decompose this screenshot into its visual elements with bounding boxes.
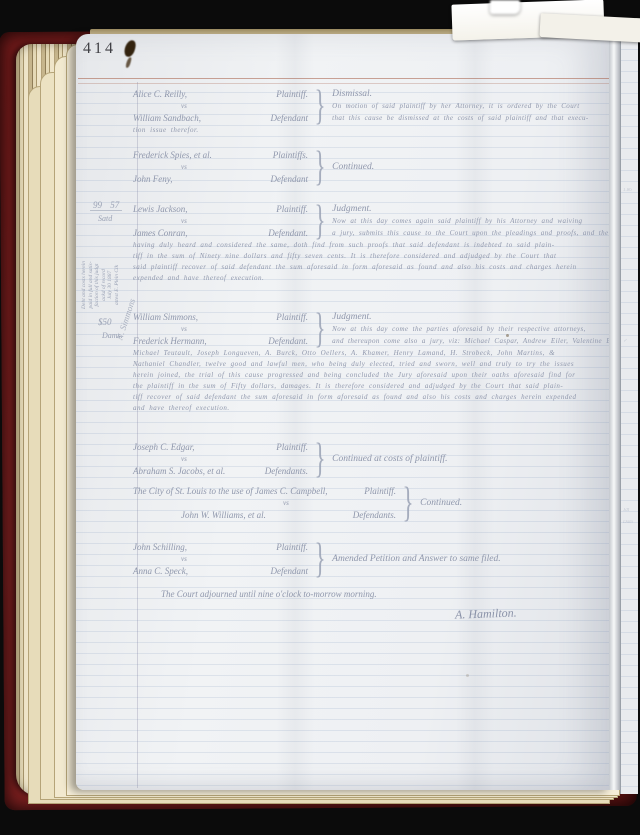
entry-head: The City of St. Louis to the use of Jame…	[133, 485, 609, 521]
defendant-name: Frederick Hermann,	[133, 335, 207, 347]
party-names: Joseph C. Edgar,Plaintiff.vsAbraham S. J…	[133, 441, 308, 477]
versus-label: vs	[181, 453, 308, 465]
defendant-row: James Conran,Defendant.	[133, 227, 308, 239]
plaintiff-row: Joseph C. Edgar,Plaintiff.	[133, 441, 308, 453]
adjournment-line: The Court adjourned until nine o'clock t…	[161, 589, 609, 599]
header-rule	[78, 78, 610, 79]
plaintiff-role: Plaintiff.	[276, 541, 308, 553]
entry-body-full: Michael Teutault, Joseph Longueven, A. B…	[133, 348, 609, 414]
versus-label: vs	[181, 323, 308, 335]
party-names: Frederick Spies, et al.Plaintiffs.vsJohn…	[133, 149, 308, 185]
plaintiff-role: Plaintiff.	[276, 311, 308, 323]
plaintiff-row: William Simmons,Plaintiff.	[133, 311, 308, 323]
plaintiff-name: Lewis Jackson,	[133, 203, 188, 215]
page-number: 414	[83, 40, 116, 58]
plaintiff-name: Joseph C. Edgar,	[133, 441, 195, 453]
entry-action-title: Continued.	[332, 161, 374, 173]
entry-body-full: having duly heard and considered the sam…	[133, 240, 609, 284]
facing-page-rules	[621, 28, 638, 794]
brace-glyph: }	[315, 203, 326, 239]
defendant-name: John Feny,	[133, 173, 173, 185]
defendant-name: Abraham S. Jacobs, et al.	[133, 465, 225, 477]
entry-action-title: Continued.	[420, 497, 462, 509]
plaintiff-role: Plaintiffs.	[273, 149, 308, 161]
entry-body-line: having duly heard and considered the sam…	[133, 240, 609, 251]
plaintiff-name: William Simmons,	[133, 311, 198, 323]
margin-damages-label: Dams.	[102, 331, 123, 340]
entry-body-line: that this cause be dismissed at the cost…	[332, 112, 588, 124]
court-entry: Alice C. Reilly,Plaintiff.vsWilliam Sand…	[133, 88, 609, 136]
entry-body-line: Now at this day come the parties aforesa…	[332, 323, 612, 335]
book-gutter	[609, 32, 620, 790]
entry-action-title: Continued at costs of plaintiff.	[332, 453, 447, 465]
facing-page-mark: Jdt	[623, 508, 629, 513]
plaintiff-role: Plaintiff.	[276, 88, 308, 100]
court-entry: John Schilling,Plaintiff.vsAnna C. Speck…	[133, 541, 609, 577]
defendant-role: Defendant	[271, 173, 309, 185]
entry-body-line: a jury, submits this cause to the Court …	[332, 227, 612, 239]
entry-right: Continued.	[332, 161, 374, 173]
defendant-row: William Sandbach,Defendant	[133, 112, 308, 124]
court-entry: Lewis Jackson,Plaintiff.vsJames Conran,D…	[133, 203, 609, 284]
entry-body-line: tiff in the sum of Ninety nine dollars a…	[133, 251, 609, 262]
entry-body-line: the plaintiff in the sum of Fifty dollar…	[133, 381, 609, 392]
plaintiff-row: Alice C. Reilly,Plaintiff.	[133, 88, 308, 100]
judge-signature: A. Hamilton.	[455, 602, 609, 622]
defendant-row: John Feny,Defendant	[133, 173, 308, 185]
entry-body-line: Michael Teutault, Joseph Longueven, A. B…	[133, 348, 609, 359]
entry-body-line: herein joined, the trial of this cause p…	[133, 370, 609, 381]
entry-head: Lewis Jackson,Plaintiff.vsJames Conran,D…	[133, 203, 609, 239]
defendant-name: John W. Williams, et al.	[181, 509, 266, 521]
margin-damages-amount: $50	[98, 317, 112, 327]
ledger-page: 414 99 57 Satd Debt and costs hereinpaid…	[76, 34, 612, 790]
court-entry: Frederick Spies, et al.Plaintiffs.vsJohn…	[133, 149, 609, 185]
plaintiff-role: Plaintiff.	[364, 485, 396, 497]
entry-right: Continued.	[420, 497, 462, 509]
court-entry: Joseph C. Edgar,Plaintiff.vsAbraham S. J…	[133, 441, 609, 477]
defendant-role: Defendant.	[268, 227, 308, 239]
defendant-role: Defendants.	[353, 509, 396, 521]
brace-glyph: }	[315, 541, 326, 577]
entry-body-line: and thereupon come also a jury, viz: Mic…	[332, 335, 612, 347]
ink-blot	[123, 39, 137, 58]
plaintiff-row: Frederick Spies, et al.Plaintiffs.	[133, 149, 308, 161]
defendant-name: William Sandbach,	[133, 112, 201, 124]
party-names: John Schilling,Plaintiff.vsAnna C. Speck…	[133, 541, 308, 577]
margin-satisfied-note: Satd	[98, 214, 112, 223]
entry-body-line: tiff recover of said defendant the sum a…	[133, 392, 609, 403]
entry-body-line: Now at this day comes again said plainti…	[332, 215, 612, 227]
photo-stage: 414 99 57 Satd Debt and costs hereinpaid…	[0, 0, 640, 835]
plaintiff-name: Frederick Spies, et al.	[133, 149, 212, 161]
brace-glyph: }	[315, 149, 326, 185]
entry-body-line: Nathaniel Chandler, twelve good and lawf…	[133, 359, 609, 370]
entry-body-line: On motion of said plaintiff by her Attor…	[332, 100, 588, 112]
court-entry: The City of St. Louis to the use of Jame…	[133, 485, 609, 521]
versus-label: vs	[283, 497, 396, 509]
party-names: Lewis Jackson,Plaintiff.vsJames Conran,D…	[133, 203, 308, 239]
entry-head: William Simmons,Plaintiff.vsFrederick He…	[133, 311, 609, 347]
versus-label: vs	[181, 215, 308, 227]
entry-head: Joseph C. Edgar,Plaintiff.vsAbraham S. J…	[133, 441, 609, 477]
entry-right: Judgment.Now at this day comes again sai…	[332, 203, 612, 239]
margin-judgment-amount: 99 57	[90, 200, 122, 211]
defendant-row: Anna C. Speck,Defendant	[133, 565, 308, 577]
entry-right: Dismissal.On motion of said plaintiff by…	[332, 88, 588, 124]
entry-head: Alice C. Reilly,Plaintiff.vsWilliam Sand…	[133, 88, 609, 124]
entry-right: Amended Petition and Answer to same file…	[332, 553, 500, 565]
plaintiff-row: The City of St. Louis to the use of Jame…	[133, 485, 396, 497]
versus-label: vs	[181, 161, 308, 173]
facing-page-mark: ✓	[623, 338, 627, 344]
entry-body-line: said plaintiff recover of said defendant…	[133, 262, 609, 273]
brace-glyph: }	[315, 88, 326, 124]
entry-head: John Schilling,Plaintiff.vsAnna C. Speck…	[133, 541, 609, 577]
entry-body-line: expended and have thereof execution.	[133, 273, 609, 284]
stain-speck	[466, 674, 469, 677]
entry-action-title: Judgment.	[332, 311, 612, 323]
entry-right: Judgment.Now at this day come the partie…	[332, 311, 612, 347]
defendant-row: John W. Williams, et al.Defendants.	[181, 509, 396, 521]
defendant-role: Defendants.	[265, 465, 308, 477]
plaintiff-row: John Schilling,Plaintiff.	[133, 541, 308, 553]
defendant-name: James Conran,	[133, 227, 188, 239]
versus-label: vs	[181, 553, 308, 565]
defendant-role: Defendant	[271, 112, 309, 124]
entry-body-full: tion issue therefor.	[133, 125, 609, 136]
defendant-role: Defendant.	[268, 335, 308, 347]
entries-container: Alice C. Reilly,Plaintiff.vsWilliam Sand…	[133, 88, 609, 620]
facing-page-mark: Dam	[623, 520, 633, 525]
entry-action-title: Judgment.	[332, 203, 612, 215]
entry-action-title: Dismissal.	[332, 88, 588, 100]
court-entry: William Simmons,Plaintiff.vsFrederick He…	[133, 311, 609, 414]
defendant-row: Abraham S. Jacobs, et al.Defendants.	[133, 465, 308, 477]
plaintiff-name: John Schilling,	[133, 541, 187, 553]
party-names: Alice C. Reilly,Plaintiff.vsWilliam Sand…	[133, 88, 308, 124]
plaintiff-row: Lewis Jackson,Plaintiff.	[133, 203, 308, 215]
entry-right: Continued at costs of plaintiff.	[332, 453, 447, 465]
plaintiff-name: Alice C. Reilly,	[133, 88, 187, 100]
defendant-role: Defendant	[271, 565, 309, 577]
defendant-row: Frederick Hermann,Defendant.	[133, 335, 308, 347]
header-rule-2	[78, 83, 610, 84]
entry-head: Frederick Spies, et al.Plaintiffs.vsJohn…	[133, 149, 609, 185]
entry-body-line: tion issue therefor.	[133, 125, 609, 136]
party-names: William Simmons,Plaintiff.vsFrederick He…	[133, 311, 308, 347]
facing-page-mark: 1.86	[623, 188, 632, 193]
plaintiff-role: Plaintiff.	[276, 441, 308, 453]
margin-satisfaction-text: Debt and costs hereinpaid in full and sa…	[81, 224, 120, 346]
versus-label: vs	[181, 100, 308, 112]
loose-paper-highlight	[490, 0, 520, 14]
entry-action-title: Amended Petition and Answer to same file…	[332, 553, 500, 565]
party-names: The City of St. Louis to the use of Jame…	[133, 485, 396, 521]
facing-page-sliver: 1.86✓JdtDam	[620, 28, 638, 794]
brace-glyph: }	[315, 311, 326, 347]
defendant-name: Anna C. Speck,	[133, 565, 188, 577]
plaintiff-role: Plaintiff.	[276, 203, 308, 215]
entry-body-line: and have thereof execution.	[133, 403, 609, 414]
plaintiff-name: The City of St. Louis to the use of Jame…	[133, 485, 328, 497]
brace-glyph: }	[403, 485, 414, 521]
brace-glyph: }	[315, 441, 326, 477]
